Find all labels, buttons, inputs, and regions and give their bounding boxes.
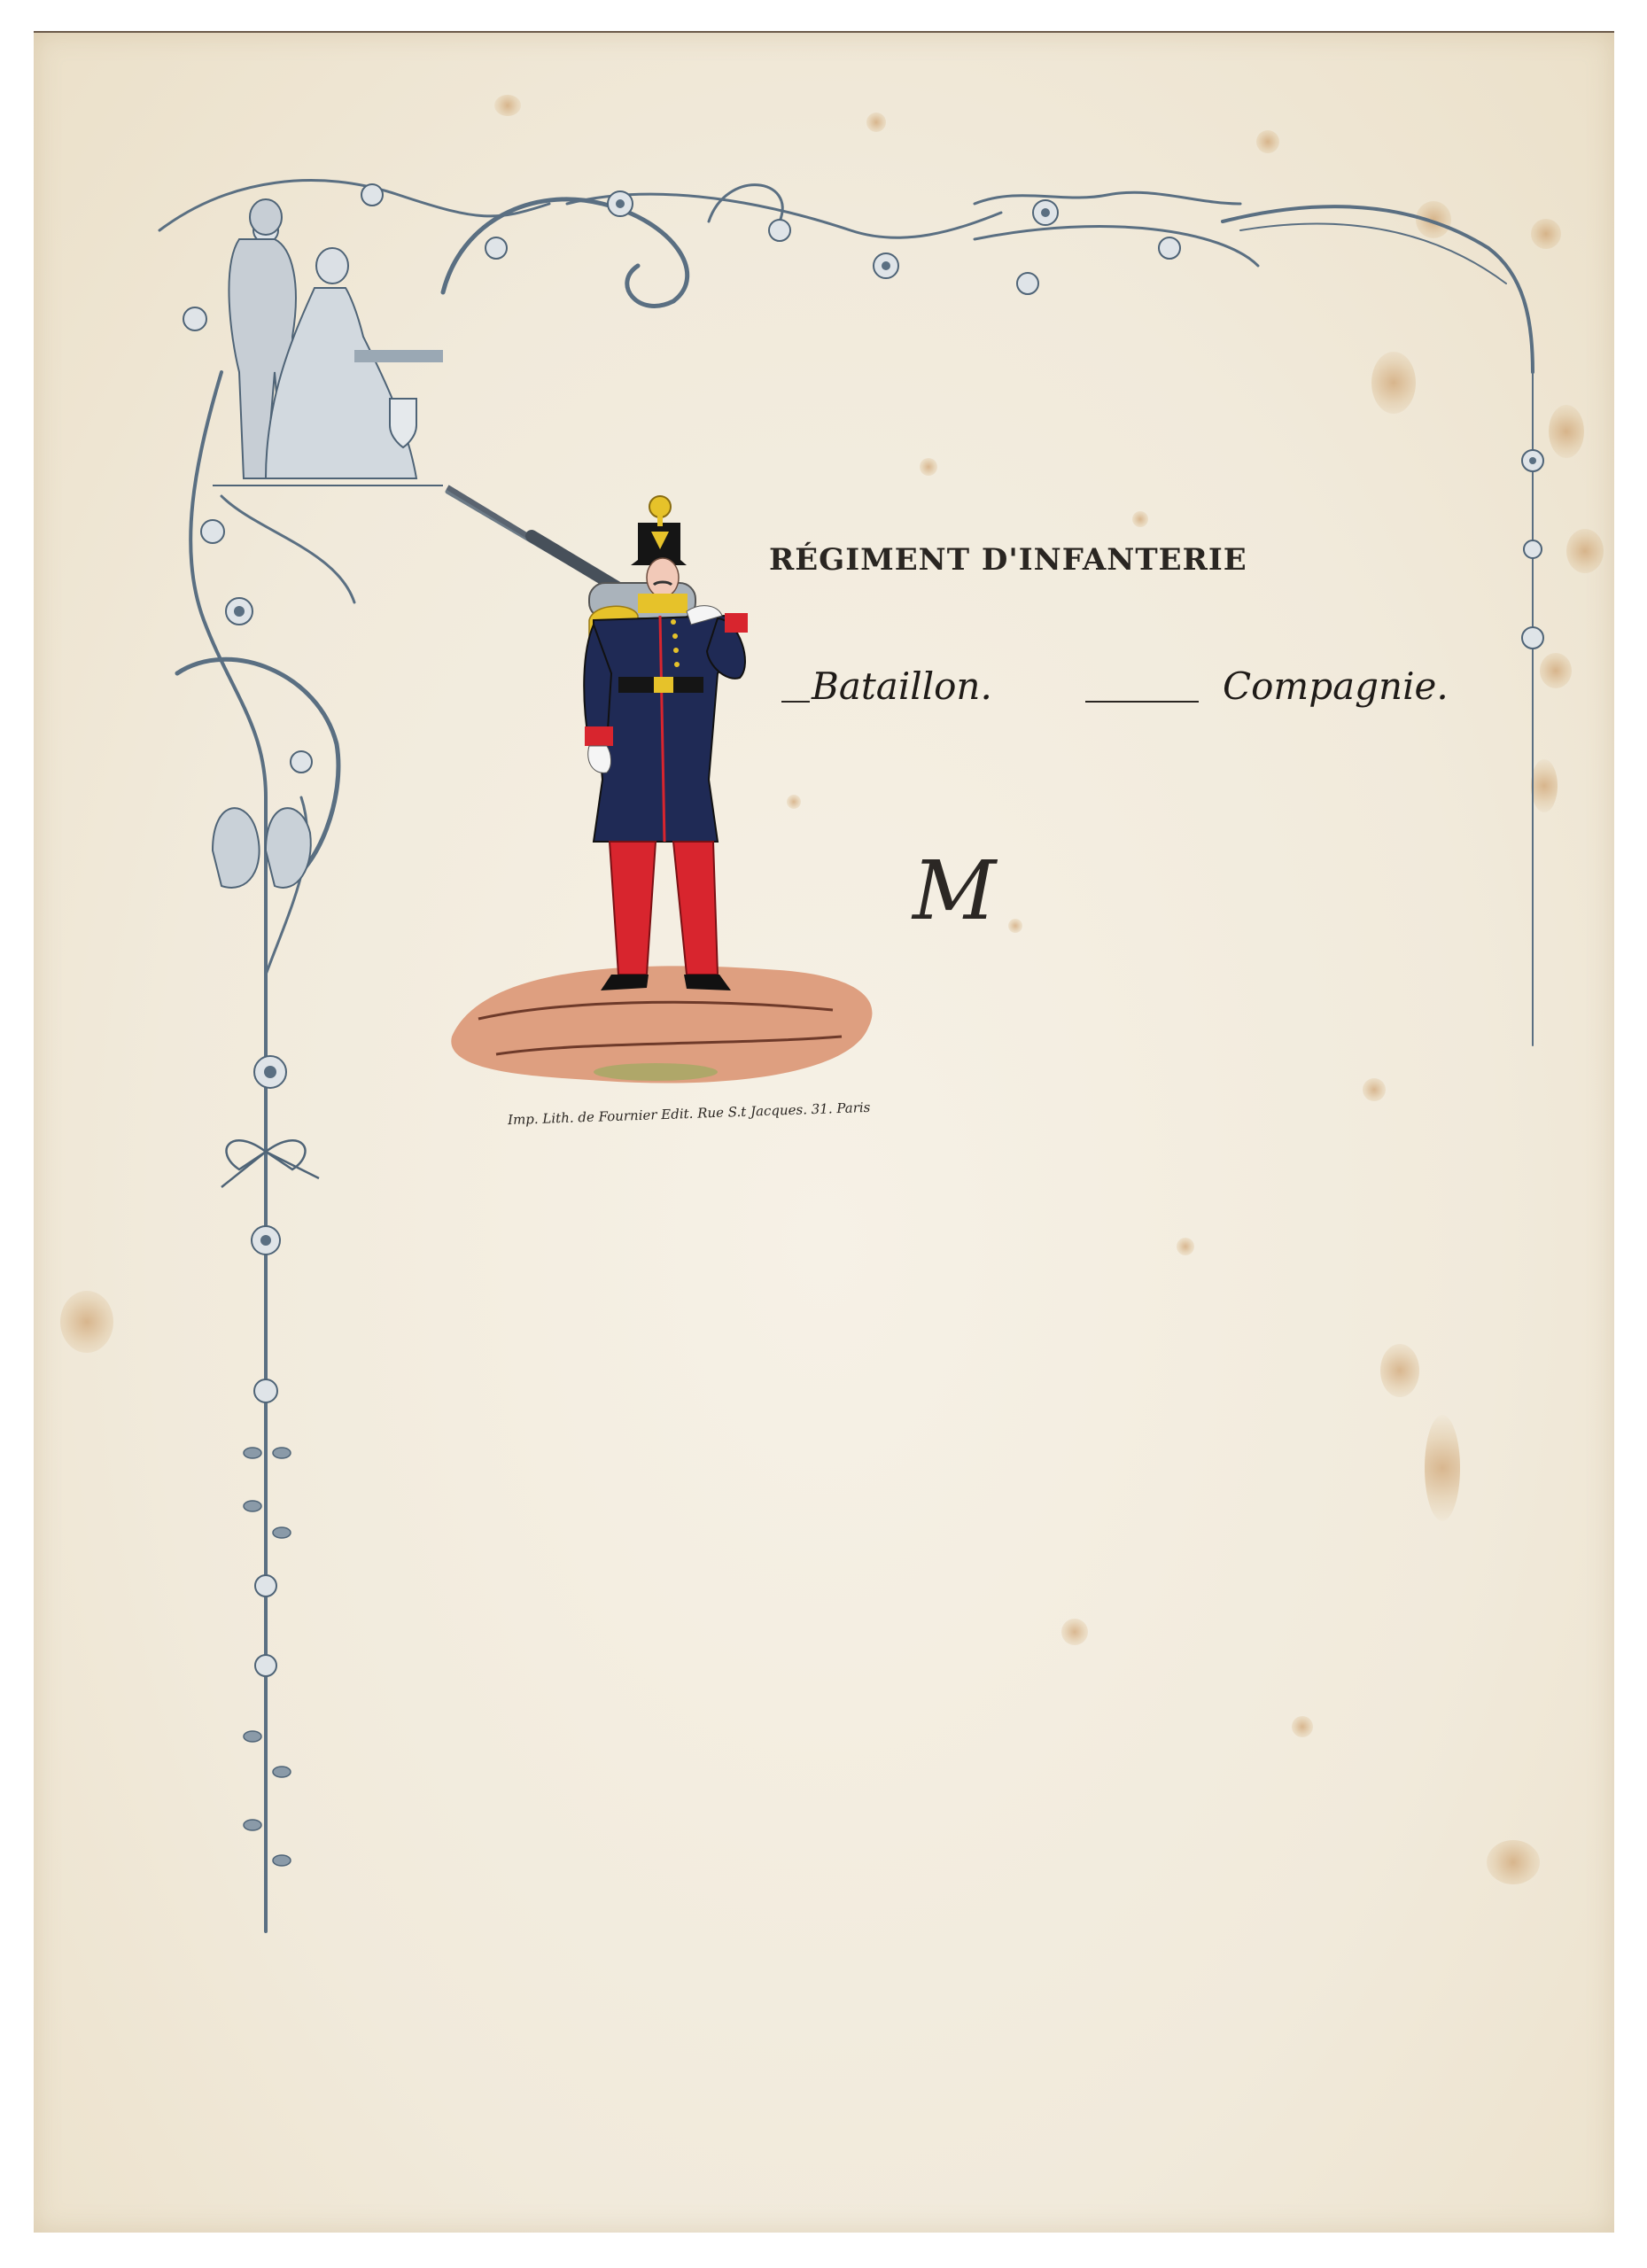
foxing-stain: [1380, 1344, 1419, 1397]
regiment-heading: RÉGIMENT D'INFANTERIE: [769, 542, 1301, 578]
foxing-stain: [60, 1291, 113, 1353]
foxing-stain: [1531, 219, 1561, 249]
foxing-stain: [866, 113, 886, 132]
foxing-stain: [1416, 201, 1451, 238]
foxing-stain: [1566, 529, 1604, 573]
salutation-initial: M: [913, 850, 996, 932]
bataillon-label: Bataillon.: [812, 664, 992, 708]
foxing-stain: [494, 95, 521, 116]
foxing-stain: [1256, 130, 1279, 153]
foxing-stain: [1132, 511, 1148, 527]
foxing-stain: [1487, 1840, 1540, 1884]
foxing-stain: [1177, 1238, 1194, 1255]
foxing-stain: [1008, 919, 1022, 933]
foxing-stain: [1531, 759, 1558, 812]
foxing-stain: [1540, 653, 1572, 688]
foxing-stain: [920, 458, 937, 476]
foxing-stain: [1363, 1078, 1386, 1101]
foxing-stain: [1371, 352, 1416, 414]
foxing-stain: [1292, 1716, 1313, 1737]
bataillon-blank-line: [781, 701, 810, 703]
foxing-stain: [1549, 405, 1584, 458]
paper-sheet: [34, 31, 1614, 2233]
foxing-stain: [1425, 1415, 1460, 1521]
foxing-stain: [1061, 1619, 1088, 1645]
compagnie-label: Compagnie.: [1223, 664, 1449, 708]
compagnie-blank-line: [1085, 701, 1199, 703]
